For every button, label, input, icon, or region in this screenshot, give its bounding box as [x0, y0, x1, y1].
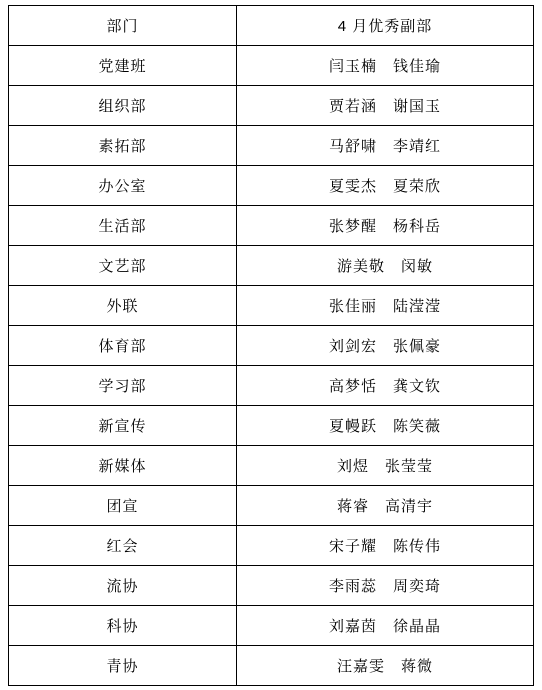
department-cell: 组织部: [9, 86, 237, 126]
table-body: 党建班 闫玉楠 钱佳瑜 组织部 贾若涵 谢国玉 素拓部 马舒啸 李靖红 办公室 …: [9, 46, 534, 686]
award-table: 部门 4 月优秀副部 党建班 闫玉楠 钱佳瑜 组织部 贾若涵 谢国玉 素拓部 马…: [8, 5, 534, 686]
department-header: 部门: [9, 6, 237, 46]
department-cell: 科协: [9, 606, 237, 646]
names-cell: 刘嘉茵 徐晶晶: [237, 606, 534, 646]
table-row: 学习部 高梦恬 龚文钦: [9, 366, 534, 406]
names-cell: 李雨蕊 周奕琦: [237, 566, 534, 606]
department-cell: 生活部: [9, 206, 237, 246]
table-row: 团宣 蒋睿 高清宇: [9, 486, 534, 526]
names-cell: 蒋睿 高清宇: [237, 486, 534, 526]
names-cell: 刘煜 张莹莹: [237, 446, 534, 486]
header-row: 部门 4 月优秀副部: [9, 6, 534, 46]
names-cell: 宋子耀 陈传伟: [237, 526, 534, 566]
table-row: 素拓部 马舒啸 李靖红: [9, 126, 534, 166]
department-cell: 青协: [9, 646, 237, 686]
department-cell: 团宣: [9, 486, 237, 526]
names-cell: 张梦醒 杨科岳: [237, 206, 534, 246]
department-cell: 办公室: [9, 166, 237, 206]
table-row: 体育部 刘剑宏 张佩豪: [9, 326, 534, 366]
names-cell: 闫玉楠 钱佳瑜: [237, 46, 534, 86]
department-cell: 体育部: [9, 326, 237, 366]
department-cell: 外联: [9, 286, 237, 326]
department-cell: 流协: [9, 566, 237, 606]
table-row: 办公室 夏雯杰 夏荣欣: [9, 166, 534, 206]
names-cell: 高梦恬 龚文钦: [237, 366, 534, 406]
department-cell: 学习部: [9, 366, 237, 406]
department-cell: 党建班: [9, 46, 237, 86]
table-row: 文艺部 游美敬 闵敏: [9, 246, 534, 286]
table-row: 科协 刘嘉茵 徐晶晶: [9, 606, 534, 646]
names-cell: 游美敬 闵敏: [237, 246, 534, 286]
department-cell: 新媒体: [9, 446, 237, 486]
table-row: 外联 张佳丽 陆滢滢: [9, 286, 534, 326]
names-cell: 夏雯杰 夏荣欣: [237, 166, 534, 206]
department-cell: 红会: [9, 526, 237, 566]
names-cell: 汪嘉雯 蒋微: [237, 646, 534, 686]
names-cell: 马舒啸 李靖红: [237, 126, 534, 166]
table-row: 生活部 张梦醒 杨科岳: [9, 206, 534, 246]
table-row: 流协 李雨蕊 周奕琦: [9, 566, 534, 606]
names-cell: 夏幔跃 陈笑薇: [237, 406, 534, 446]
table-row: 青协 汪嘉雯 蒋微: [9, 646, 534, 686]
table-row: 红会 宋子耀 陈传伟: [9, 526, 534, 566]
table-row: 新宣传 夏幔跃 陈笑薇: [9, 406, 534, 446]
names-cell: 贾若涵 谢国玉: [237, 86, 534, 126]
table-row: 组织部 贾若涵 谢国玉: [9, 86, 534, 126]
names-cell: 刘剑宏 张佩豪: [237, 326, 534, 366]
department-cell: 文艺部: [9, 246, 237, 286]
table-row: 新媒体 刘煜 张莹莹: [9, 446, 534, 486]
table-row: 党建班 闫玉楠 钱佳瑜: [9, 46, 534, 86]
awardees-header: 4 月优秀副部: [237, 6, 534, 46]
department-cell: 素拓部: [9, 126, 237, 166]
names-cell: 张佳丽 陆滢滢: [237, 286, 534, 326]
document-page: 部门 4 月优秀副部 党建班 闫玉楠 钱佳瑜 组织部 贾若涵 谢国玉 素拓部 马…: [0, 0, 542, 690]
department-cell: 新宣传: [9, 406, 237, 446]
